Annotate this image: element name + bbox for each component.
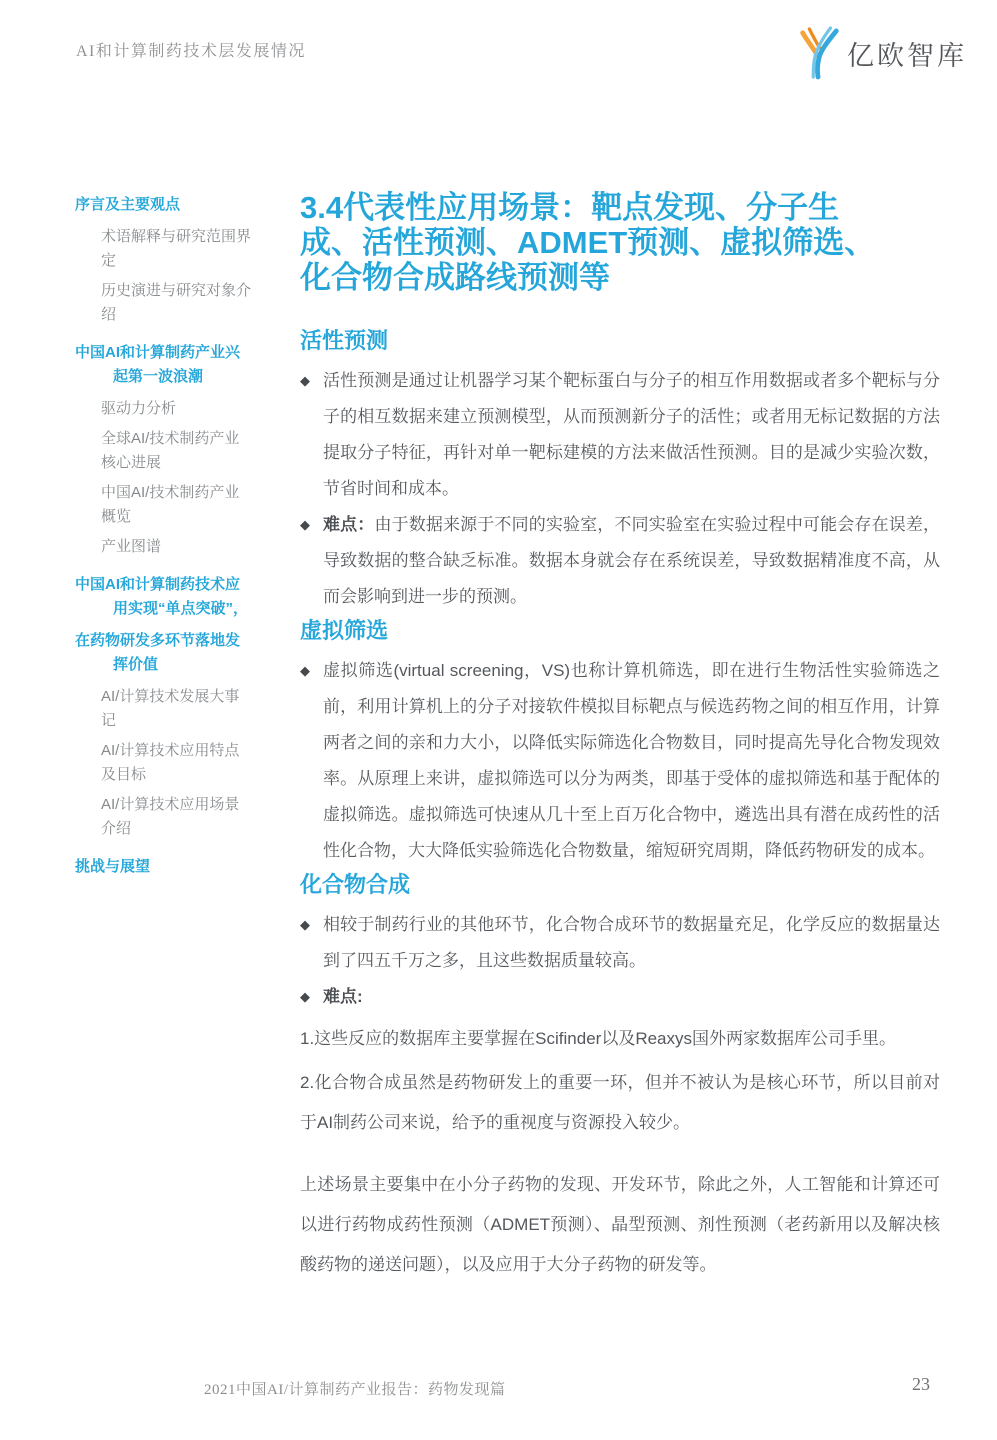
footer-report-title: 2021中国AI/计算制药产业报告：药物发现篇 xyxy=(204,1378,506,1399)
bullet-text: 虚拟筛选(virtual screening，VS)也称计算机筛选，即在进行生物… xyxy=(323,661,940,860)
bullet-activity-definition: ◆活性预测是通过让机器学习某个靶标蛋白与分子的相互作用数据或者多个靶标与分子的相… xyxy=(300,363,940,507)
report-page: AI和计算制药技术层发展情况 亿欧智库 序言及主要观点 术语解释与研究范围界定 … xyxy=(0,0,997,1440)
diamond-bullet-icon: ◆ xyxy=(300,653,310,689)
toc-heading-value-line1: 在药物研发多环节落地发 xyxy=(75,629,275,653)
toc-item-milestones[interactable]: AI/计算技术发展大事记 xyxy=(101,685,253,733)
bullet-text: 相较于制药行业的其他环节，化合物合成环节的数据量充足，化学反应的数据量达到了四五… xyxy=(323,915,940,970)
main-content: 3.4代表性应用场景：靶点发现、分子生成、活性预测、ADMET预测、虚拟筛选、化… xyxy=(300,190,940,1285)
toc-heading-breakthrough-line2: 用实现“单点突破”， xyxy=(75,597,275,621)
bullet-text: 活性预测是通过让机器学习某个靶标蛋白与分子的相互作用数据或者多个靶标与分子的相互… xyxy=(323,371,940,498)
toc-item-global-progress[interactable]: 全球AI/技术制药产业核心进展 xyxy=(101,427,253,475)
toc-group-breakthrough: 中国AI和计算制药技术应 用实现“单点突破”， 在药物研发多环节落地发 挥价值 … xyxy=(75,573,275,841)
toc-heading-preface[interactable]: 序言及主要观点 xyxy=(75,193,275,217)
toc-item-app-scenarios[interactable]: AI/计算技术应用场景介绍 xyxy=(101,793,253,841)
bullet-text: 由于数据来源于不同的实验室，不同实验室在实验过程中可能会存在误差，导致数据的整合… xyxy=(323,515,940,606)
toc-item-history[interactable]: 历史演进与研究对象介绍 xyxy=(101,279,253,327)
toc-item-drivers[interactable]: 驱动力分析 xyxy=(101,397,253,421)
bullet-bold-label: 难点: xyxy=(323,987,363,1006)
bullet-activity-difficulty: ◆难点：由于数据来源于不同的实验室，不同实验室在实验过程中可能会存在误差，导致数… xyxy=(300,507,940,615)
footer-page-number: 23 xyxy=(912,1374,930,1395)
section-heading-virtual-screening: 虚拟筛选 xyxy=(300,617,940,645)
diamond-bullet-icon: ◆ xyxy=(300,979,310,1015)
section-heading-compound-synthesis: 化合物合成 xyxy=(300,871,940,899)
difficulty-note-1: 1.这些反应的数据库主要掌握在Scifinder以及Reaxys国外两家数据库公… xyxy=(300,1019,940,1059)
toc-item-industry-map[interactable]: 产业图谱 xyxy=(101,535,253,559)
toc-group-preface: 序言及主要观点 术语解释与研究范围界定 历史演进与研究对象介绍 xyxy=(75,193,275,327)
toc-item-terms[interactable]: 术语解释与研究范围界定 xyxy=(101,225,253,273)
bullet-bold-label: 难点： xyxy=(323,515,374,534)
bullet-virtual-screening: ◆虚拟筛选(virtual screening，VS)也称计算机筛选，即在进行生… xyxy=(300,653,940,869)
toc-heading-breakthrough-line1: 中国AI和计算制药技术应 xyxy=(75,573,275,597)
brand-logo-text: 亿欧智库 xyxy=(847,34,967,73)
sidebar-toc: 序言及主要观点 术语解释与研究范围界定 历史演进与研究对象介绍 中国AI和计算制… xyxy=(75,193,275,893)
toc-heading-value[interactable]: 在药物研发多环节落地发 挥价值 xyxy=(75,629,275,677)
diamond-bullet-icon: ◆ xyxy=(300,363,310,399)
difficulty-note-2: 2.化合物合成虽然是药物研发上的重要一环，但并不被认为是核心环节，所以目前对于A… xyxy=(300,1063,940,1143)
toc-item-app-features[interactable]: AI/计算技术应用特点及目标 xyxy=(101,739,253,787)
toc-group-outlook: 挑战与展望 xyxy=(75,855,275,879)
diamond-bullet-icon: ◆ xyxy=(300,507,310,543)
brand-logo: 亿欧智库 xyxy=(795,26,967,80)
toc-heading-outlook[interactable]: 挑战与展望 xyxy=(75,855,275,879)
toc-heading-breakthrough[interactable]: 中国AI和计算制药技术应 用实现“单点突破”， xyxy=(75,573,275,621)
toc-heading-value-line2: 挥价值 xyxy=(75,653,275,677)
bullet-synthesis-data: ◆相较于制药行业的其他环节，化合物合成环节的数据量充足，化学反应的数据量达到了四… xyxy=(300,907,940,979)
section-heading-activity-prediction: 活性预测 xyxy=(300,327,940,355)
toc-item-china-overview[interactable]: 中国AI/技术制药产业概览 xyxy=(101,481,253,529)
toc-heading-first-wave-line1: 中国AI和计算制药产业兴 xyxy=(75,341,275,365)
brand-logo-y-icon xyxy=(795,26,843,80)
toc-group-first-wave: 中国AI和计算制药产业兴 起第一波浪潮 驱动力分析 全球AI/技术制药产业核心进… xyxy=(75,341,275,559)
page-title: 3.4代表性应用场景：靶点发现、分子生成、活性预测、ADMET预测、虚拟筛选、化… xyxy=(300,190,892,295)
diamond-bullet-icon: ◆ xyxy=(300,907,310,943)
closing-paragraph: 上述场景主要集中在小分子药物的发现、开发环节，除此之外，人工智能和计算还可以进行… xyxy=(300,1165,940,1285)
bullet-synthesis-difficulty: ◆难点: xyxy=(300,979,940,1015)
toc-heading-first-wave[interactable]: 中国AI和计算制药产业兴 起第一波浪潮 xyxy=(75,341,275,389)
running-header: AI和计算制药技术层发展情况 xyxy=(76,38,306,61)
toc-heading-first-wave-line2: 起第一波浪潮 xyxy=(75,365,275,389)
